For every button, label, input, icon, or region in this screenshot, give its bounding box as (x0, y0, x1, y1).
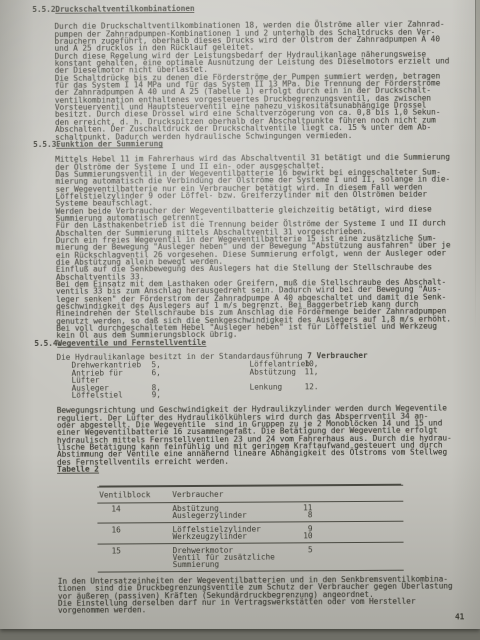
consumer-name: Werkzeugzylinder (172, 533, 292, 541)
consumer-line: Werkzeugzylinder10 (172, 532, 312, 540)
consumer-number: 8 (292, 512, 312, 519)
consumer-name: Abstützung (249, 368, 304, 383)
document-page: 5.5.2. Druckschaltventilkombinationen Du… (0, 0, 480, 629)
consumer-number: 11, (304, 367, 459, 383)
consumer-name: Antrieb für Lüfter (71, 369, 151, 384)
section-number: 5.5.2. (32, 6, 55, 13)
consumer-name (250, 390, 305, 398)
page-content: 5.5.2. Druckschaltventilkombinationen Du… (0, 0, 480, 630)
consumer-name: Löffelstiel (72, 391, 152, 399)
verbraucher-cell: Löffelstielzylinder9 Werkzeugzylinder10 (172, 525, 312, 541)
consumer-name: Summierung (173, 561, 293, 569)
section-number: 5.5.3. (33, 141, 56, 148)
verbraucher-cell: Abstützung11 Auslegerzylinder8 (172, 504, 312, 520)
column-header: Ventilblock (97, 491, 172, 499)
consumer-number: 6, (151, 368, 249, 383)
section-title: Druckschaltventilkombinationen (55, 5, 194, 14)
table-row: 15 Drehwerkmotor5 Ventil für zusätzliche… (98, 543, 404, 573)
table-row: 16 Löffelstielzylinder9 Werkzeugzylinder… (97, 522, 403, 545)
consumer-number (293, 560, 313, 567)
consumer-line: Auslegerzylinder8 (172, 512, 312, 520)
ventilblock-cell: 14 (97, 505, 172, 520)
section-heading-554: 5.5.4. Wegeventile und Fernstellventile (34, 337, 459, 348)
footer-note: In den Untersatzeinheiten der Wegeventil… (58, 575, 461, 614)
section-number: 5.5.4. (34, 340, 57, 347)
column-header: Verbraucher (172, 490, 292, 498)
page-number: 41 (455, 613, 464, 620)
photo-backdrop: 5.5.2. Druckschaltventilkombinationen Du… (0, 0, 480, 640)
valve-table: Ventilblock Verbraucher 14 Abstützung11 … (97, 485, 404, 573)
ventilblock-cell: 16 (97, 526, 172, 541)
section-title: Funktion der Summierung (56, 140, 163, 149)
table-caption: Tabelle 2 (57, 466, 99, 475)
section-heading-552: 5.5.2. Druckschaltventilkombinationen (32, 3, 457, 14)
consumer-number (305, 389, 460, 397)
consumer-line: Summierung (173, 560, 313, 568)
consumer-list: Drehwerkantrieb 5, Löffelantrieb 10, Ant… (71, 360, 459, 399)
consumer-number: 5 (293, 546, 313, 553)
verbraucher-cell: Drehwerkmotor5 Ventil für zusätzliche Su… (173, 546, 313, 569)
table-row: 14 Abstützung11 Auslegerzylinder8 (97, 501, 403, 524)
consumer-number: 9, (152, 390, 250, 398)
consumer-name: Auslegerzylinder (172, 512, 292, 520)
paragraph-553: Mittels Hebel 11 im Fahrerhaus wird das … (55, 154, 459, 340)
consumer-number (293, 553, 313, 560)
ventilblock-cell: 15 (98, 547, 173, 569)
paragraph-554: Bewegungsrichtung und Geschwindigkeit de… (57, 405, 460, 466)
section-title: Wegeventile und Fernstellventile (57, 339, 206, 348)
consumer-row: Löffelstiel 9, (72, 389, 460, 399)
column-header-spacer (292, 490, 312, 497)
paragraph-552: Durch die Druckschaltventilkombinationen… (54, 21, 458, 141)
consumer-number: 10 (292, 532, 312, 539)
